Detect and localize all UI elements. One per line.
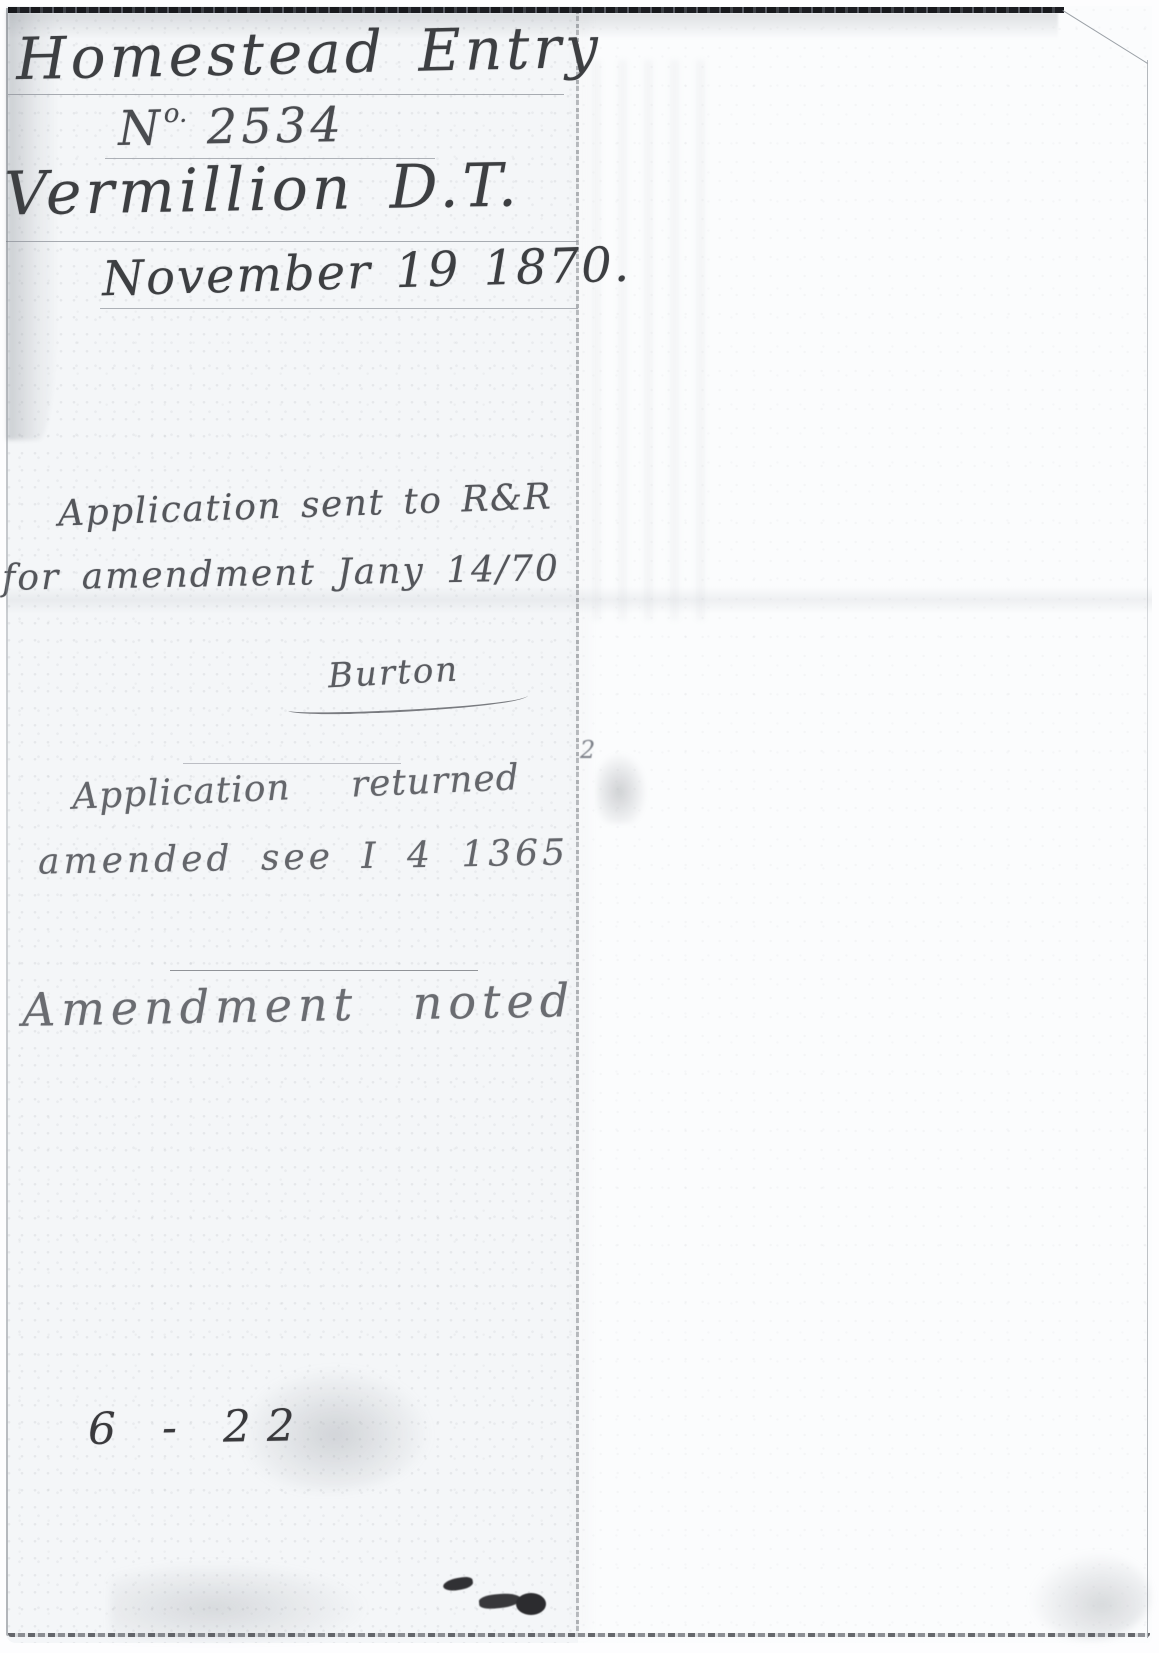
paper-left-edge xyxy=(6,8,8,1636)
ruled-line-under-date xyxy=(100,308,578,309)
stray-pencil-mark: 2 xyxy=(580,736,600,766)
docket-number-handwriting: 6 - 22 xyxy=(88,1404,312,1452)
note-returned-line2: amended see I 4 1365 xyxy=(38,835,570,880)
entry-number-value: 2534 xyxy=(206,97,345,155)
paper-right-edge xyxy=(1147,60,1148,1638)
ink-blot-3 xyxy=(516,1593,546,1615)
entry-number-handwriting: No. 2534 xyxy=(118,98,346,153)
paper-right-panel xyxy=(578,6,1152,1643)
note-sent-line2: for amendment Jany 14/70 xyxy=(2,551,560,597)
paper-bottom-edge xyxy=(8,1633,1150,1637)
entry-number-prefix: N xyxy=(118,100,165,157)
note-amendment-noted: Amendment noted xyxy=(22,977,576,1033)
scanned-document-page: Homestead Entry No. 2534 Vermillion D.T.… xyxy=(0,0,1159,1653)
place-handwriting: Vermillion D.T. xyxy=(4,155,522,224)
scan-top-edge xyxy=(8,7,1064,13)
signature-handwriting: Burton xyxy=(327,653,460,694)
date-handwriting: November 19 1870. xyxy=(101,241,631,304)
ruled-line-under-title xyxy=(8,94,564,95)
document-title-handwriting: Homestead Entry xyxy=(15,18,602,88)
entry-number-superscript: o. xyxy=(164,99,188,129)
divider-line-above-amendment-note xyxy=(170,970,478,971)
